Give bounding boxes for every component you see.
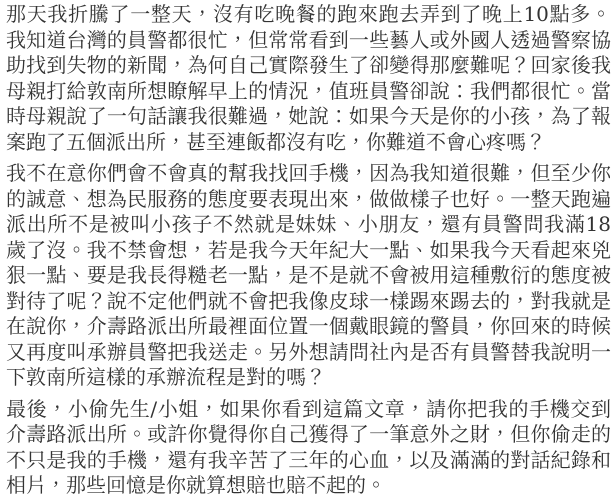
post-text-block: 那天我折騰了一整天，沒有吃晚餐的跑來跑去弄到了晚上10點多。我知道台灣的員警都很… xyxy=(0,0,616,497)
post-paragraph-2: 我不在意你們會不會真的幫我找回手機，因為我知道很難，但至少你的誠意、想為民服務的… xyxy=(6,161,611,391)
page-background: { "page": { "background_color": "#ffffff… xyxy=(0,0,616,497)
post-paragraph-1: 那天我折騰了一整天，沒有吃晚餐的跑來跑去弄到了晚上10點多。我知道台灣的員警都很… xyxy=(6,2,611,155)
post-paragraph-3: 最後，小偷先生/小姐，如果你看到這篇文章，請你把我的手機交到介壽路派出所。或許你… xyxy=(6,397,611,497)
